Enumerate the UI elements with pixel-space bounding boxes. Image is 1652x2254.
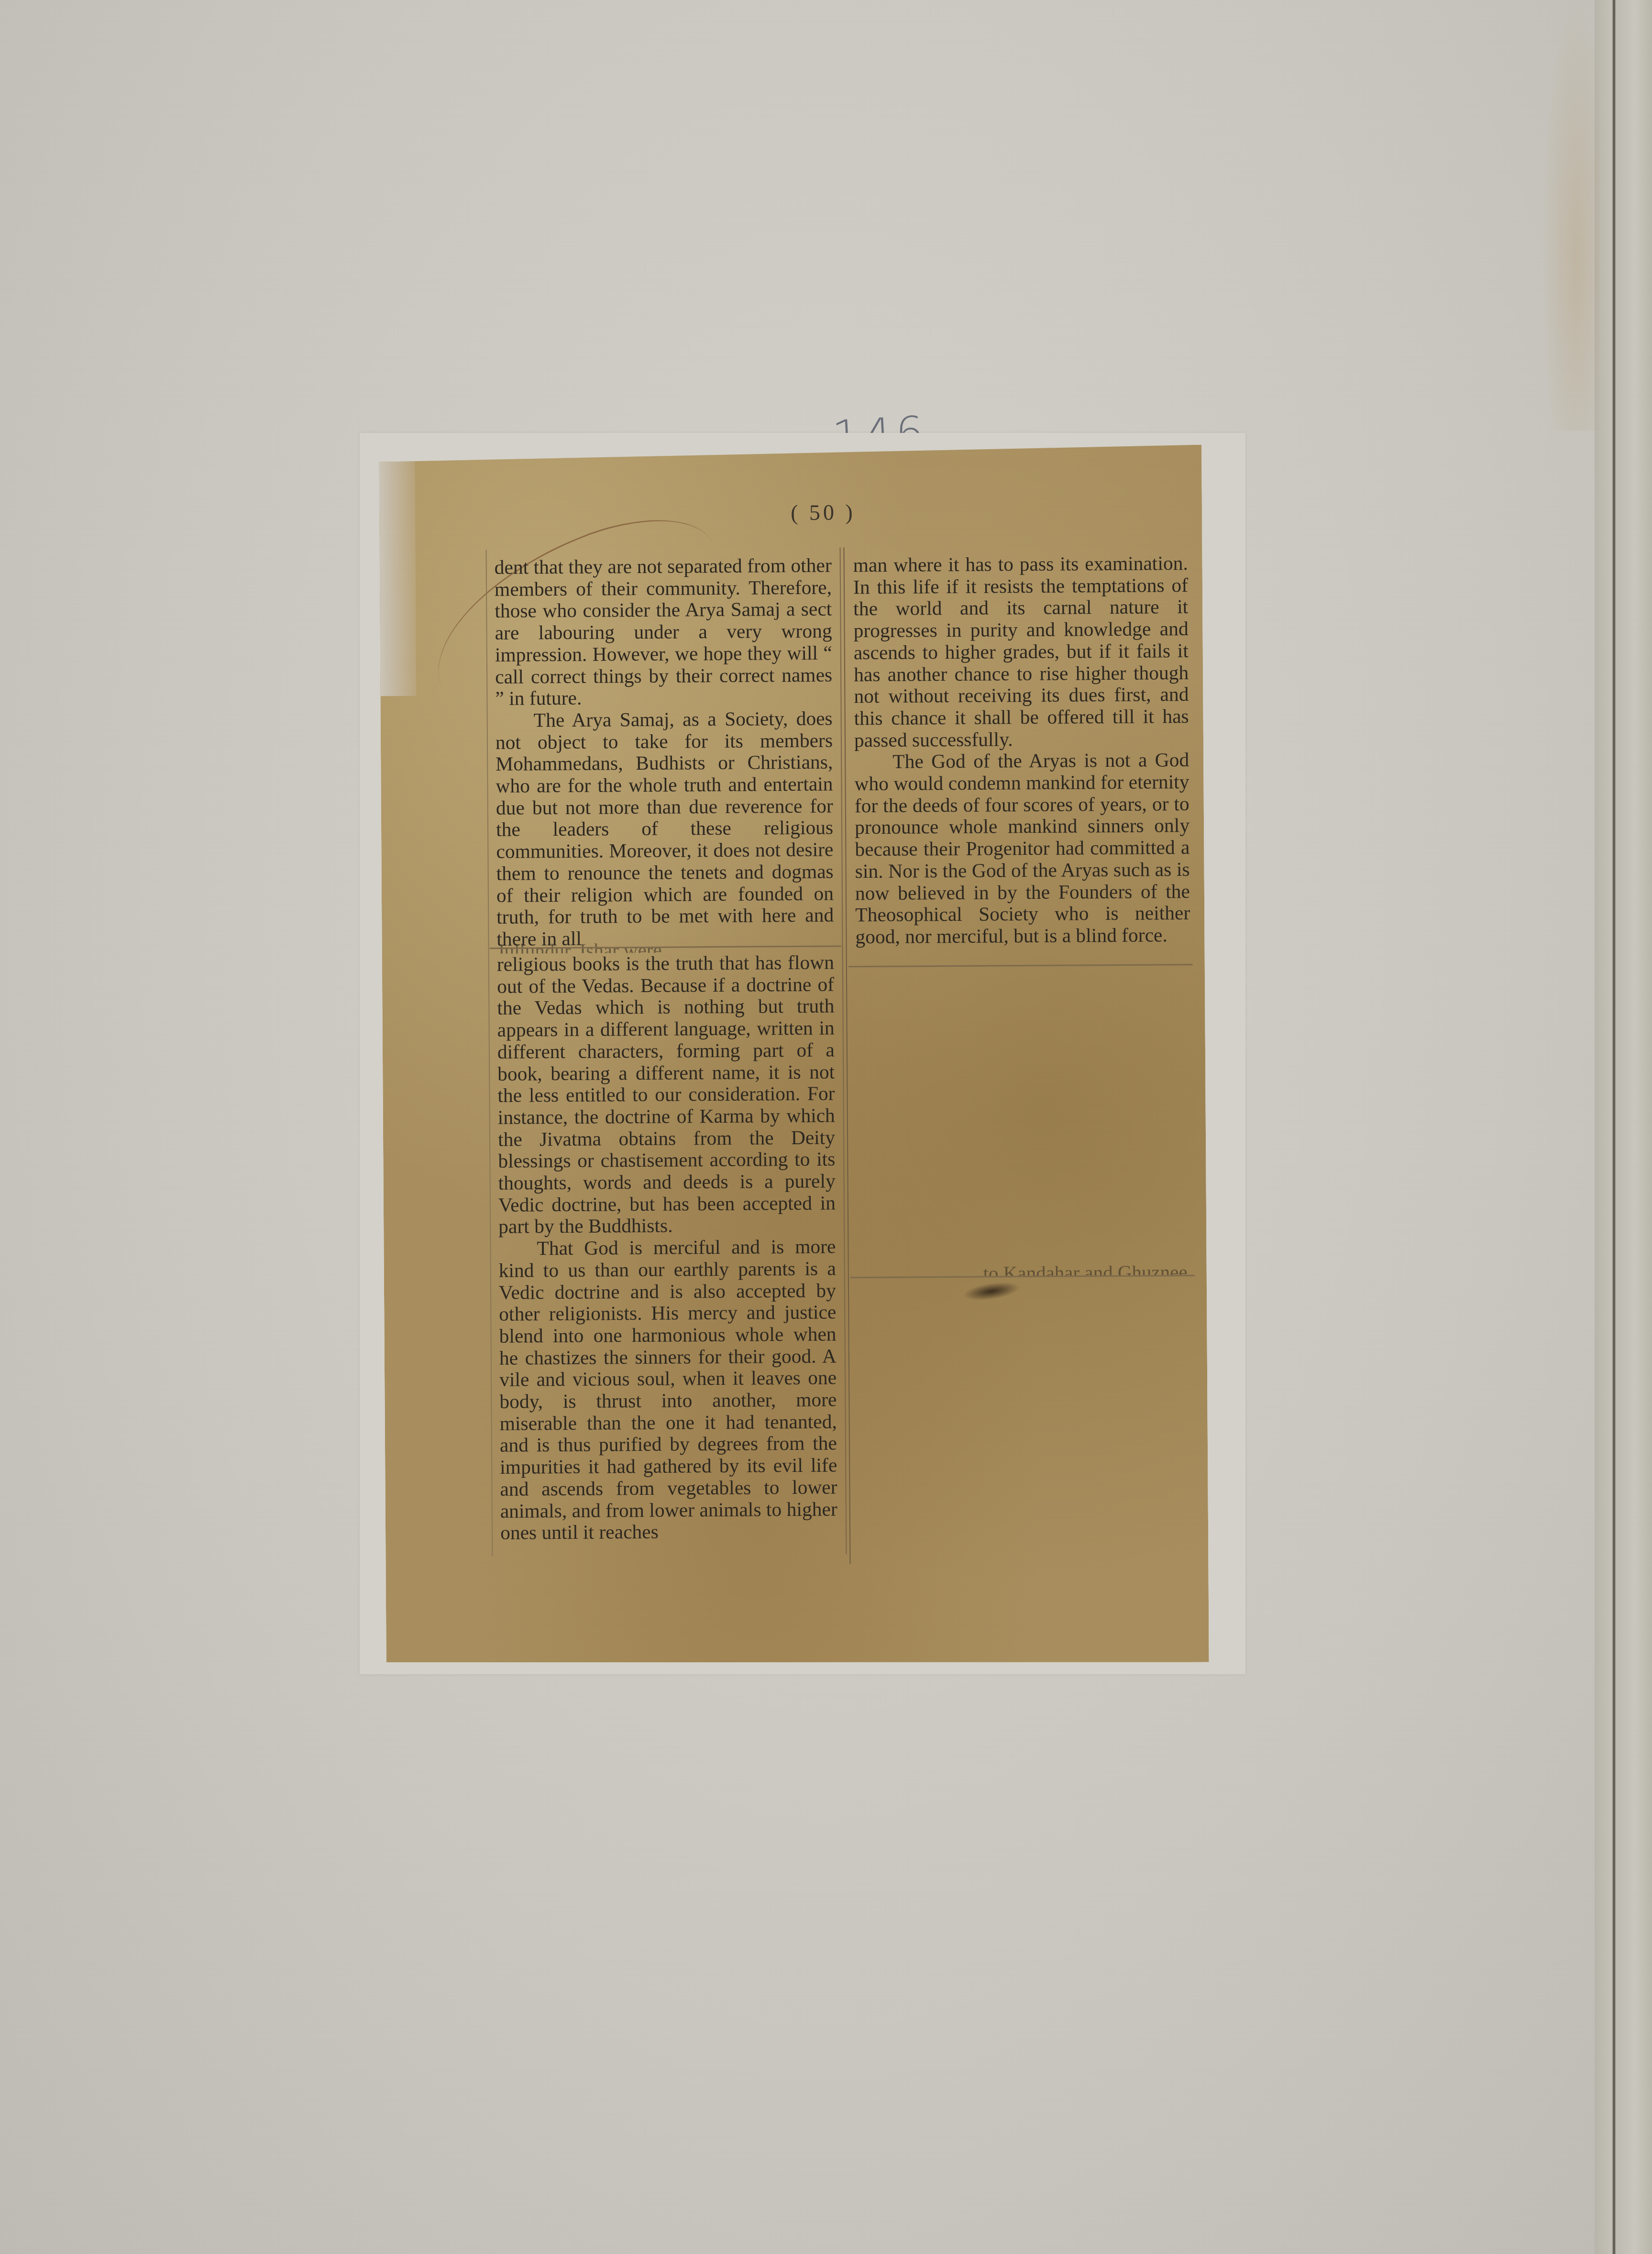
book-gutter-edge <box>1595 0 1652 2254</box>
water-stain <box>1542 0 1599 431</box>
faded-corner <box>379 457 416 696</box>
paragraph: dent that they are not separated from ot… <box>495 555 833 710</box>
newspaper-clipping: ( 50 ) dent that they are not separated … <box>379 445 1209 1667</box>
paste-seam-right-upper <box>848 964 1193 967</box>
paragraph: The Arya Samaj, as a Society, does not o… <box>496 707 834 950</box>
paragraph: That God is merciful and is more kind to… <box>498 1236 837 1544</box>
paragraph: man where it has to pass its examination… <box>853 552 1189 751</box>
printed-page-number: ( 50 ) <box>791 499 856 525</box>
ink-blot <box>962 1279 1021 1304</box>
paragraph: The God of the Aryas is not a God who wo… <box>854 749 1190 948</box>
left-column-fragment-a: dent that they are not separated from ot… <box>495 555 834 950</box>
right-column: man where it has to pass its examination… <box>853 552 1190 948</box>
left-column-fragment-b: religious books is the truth that has fl… <box>497 951 838 1544</box>
paragraph: religious books is the truth that has fl… <box>497 951 836 1237</box>
